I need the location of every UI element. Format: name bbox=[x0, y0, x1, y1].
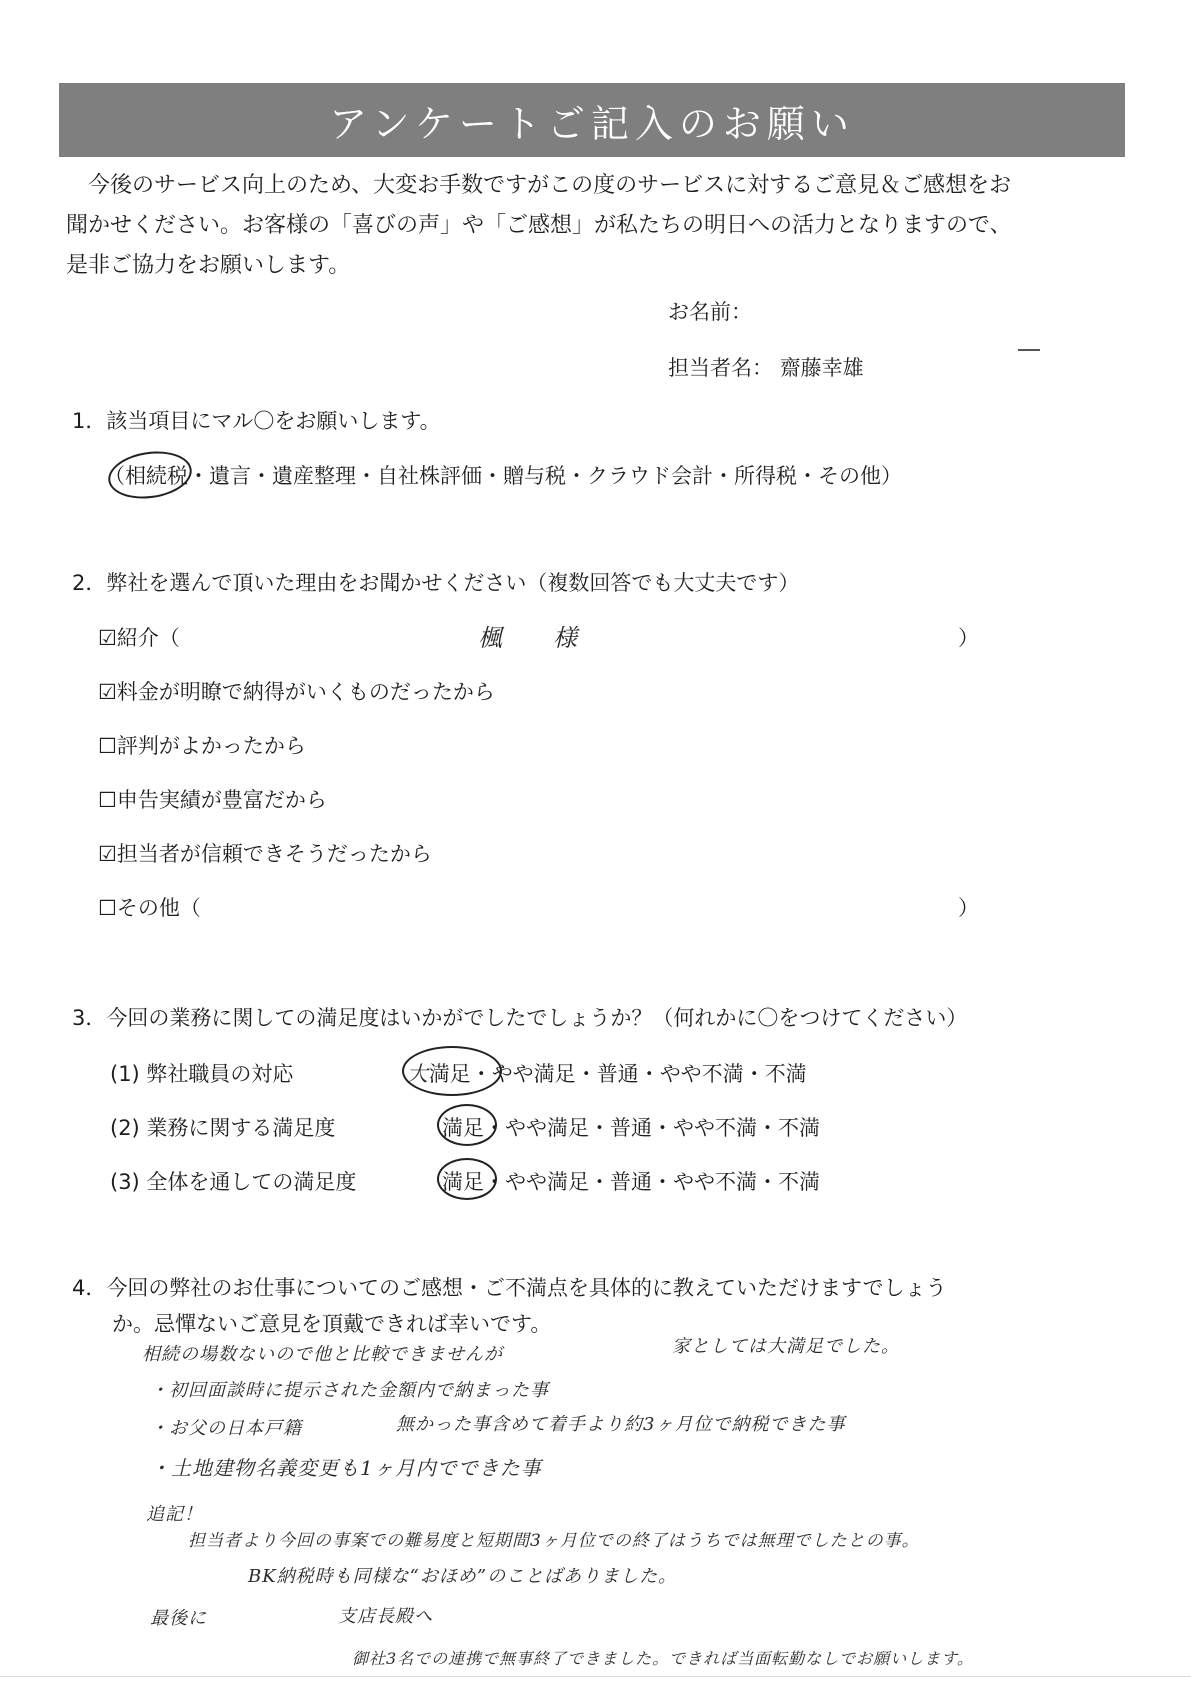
q1-option-will[interactable]: 遺言 bbox=[209, 464, 251, 488]
q2-title: 2．弊社を選んで頂いた理由をお聞かせください（複数回答でも大丈夫です） bbox=[72, 567, 799, 597]
stray-mark bbox=[1018, 349, 1040, 351]
q3-option-somewhat-dissatisfied[interactable]: やや不満 bbox=[673, 1170, 757, 1194]
page-title: アンケートご記入のお願い bbox=[329, 93, 855, 148]
q1-option-income-tax[interactable]: 所得税 bbox=[734, 464, 797, 488]
q3-row2-selection-circle bbox=[437, 1104, 497, 1146]
q3-option-neutral[interactable]: 普通 bbox=[597, 1062, 639, 1086]
checkbox-empty-icon[interactable]: ☐ bbox=[98, 788, 117, 812]
q4-addendum-line-2: BK納税時も同様な“おほめ”のことばありました。 bbox=[248, 1562, 677, 1588]
q1-selection-circle bbox=[105, 446, 195, 503]
q2-referral-handwritten: 楓 様 bbox=[478, 618, 578, 653]
name-field[interactable]: お名前： bbox=[668, 296, 752, 326]
q4-title-line-2: か。忌憚ないご意見を頂戴できれば幸いです。 bbox=[112, 1308, 551, 1338]
header-bar: アンケートご記入のお願い bbox=[59, 83, 1125, 157]
q3-option-somewhat-dissatisfied[interactable]: やや不満 bbox=[673, 1116, 757, 1140]
q3-option-somewhat-satisfied[interactable]: やや満足 bbox=[505, 1116, 589, 1140]
page-edge bbox=[0, 1676, 1191, 1677]
q1-title: 1．該当項目にマル〇をお願いします。 bbox=[72, 405, 441, 435]
intro-line-1: 今後のサービス向上のため、大変お手数ですがこの度のサービスに対するご意見＆ご感想… bbox=[66, 166, 1012, 206]
q2-referral-close-paren: ） bbox=[958, 622, 979, 652]
q4-comment-line-4: ・土地建物名義変更も1ヶ月内でできた事 bbox=[150, 1452, 542, 1481]
checkbox-empty-icon[interactable]: ☐ bbox=[98, 734, 117, 758]
q4-title-line-1: 4．今回の弊社のお仕事についてのご感想・ご不満点を具体的に教えていただけますでし… bbox=[72, 1272, 947, 1302]
q3-option-somewhat-satisfied[interactable]: やや満足 bbox=[505, 1170, 589, 1194]
q4-comment-line-2: ・初回面談時に提示された金額内で納まった事 bbox=[150, 1376, 549, 1402]
intro-line-2: 聞かせください。お客様の「喜びの声」や「ご感想」が私たちの明日への活力となります… bbox=[66, 206, 1012, 246]
q4-comment-line-3-left: ・お父の日本戸籍 bbox=[150, 1414, 302, 1440]
q3-option-dissatisfied[interactable]: 不満 bbox=[778, 1116, 820, 1140]
q4-comment-line-1: 相続の場数ないので他と比較できませんが bbox=[142, 1340, 503, 1366]
q3-title: 3．今回の業務に関しての満足度はいかがでしたでしょうか？（何れかに〇をつけてくだ… bbox=[72, 1002, 967, 1032]
q4-addendum-line-1: 担当者より今回の事案での難易度と短期間3ヶ月位での終了はうちでは無理でしたとの事… bbox=[188, 1526, 920, 1551]
q2-item-reputation[interactable]: ☐評判がよかったから bbox=[98, 730, 306, 760]
q2-item-track-record[interactable]: ☐申告実績が豊富だから bbox=[98, 784, 327, 814]
q3-option-somewhat-dissatisfied[interactable]: やや不満 bbox=[660, 1062, 744, 1086]
staff-label: 担当者名： bbox=[668, 356, 773, 380]
q3-row-label: (3) 全体を通しての満足度 bbox=[110, 1166, 442, 1196]
name-label: お名前： bbox=[668, 300, 752, 324]
q4-closing-label: 最後に bbox=[150, 1604, 207, 1630]
q1-option-cloud-accounting[interactable]: クラウド会計 bbox=[587, 464, 713, 488]
q4-comment-line-3-right: 無かった事含めて着手より約3ヶ月位で納税できた事 bbox=[396, 1410, 845, 1436]
q1-option-gift-tax[interactable]: 贈与税 bbox=[503, 464, 566, 488]
checkbox-checked-icon[interactable]: ☑ bbox=[98, 626, 117, 650]
q3-row-label: (2) 業務に関する満足度 bbox=[110, 1112, 442, 1142]
q3-row1-selection-circle bbox=[402, 1046, 502, 1096]
q2-item-other[interactable]: ☐その他（ bbox=[98, 892, 201, 922]
q4-closing-text: 御社3名での連携で無事終了できました。できれば当面転勤なしでお願いします。 bbox=[352, 1646, 974, 1669]
q1-options: （相続税・遺言・遺産整理・自社株評価・贈与税・クラウド会計・所得税・その他） bbox=[104, 460, 902, 490]
q3-row-label: (1) 弊社職員の対応 bbox=[110, 1058, 400, 1088]
q3-option-somewhat-satisfied[interactable]: やや満足 bbox=[492, 1062, 576, 1086]
q3-option-neutral[interactable]: 普通 bbox=[610, 1116, 652, 1140]
checkbox-checked-icon[interactable]: ☑ bbox=[98, 680, 117, 704]
q1-option-other[interactable]: その他 bbox=[818, 464, 881, 488]
q1-option-stock-valuation[interactable]: 自社株評価 bbox=[377, 464, 482, 488]
q4-addendum-label: 追記！ bbox=[146, 1500, 203, 1526]
q3-option-neutral[interactable]: 普通 bbox=[610, 1170, 652, 1194]
intro-text: 今後のサービス向上のため、大変お手数ですがこの度のサービスに対するご意見＆ご感想… bbox=[66, 166, 1012, 286]
q2-item-referral[interactable]: ☑紹介（ bbox=[98, 622, 180, 652]
staff-field: 担当者名： 齋藤幸雄 bbox=[668, 352, 864, 382]
staff-value: 齋藤幸雄 bbox=[780, 356, 864, 380]
q3-option-dissatisfied[interactable]: 不満 bbox=[765, 1062, 807, 1086]
intro-line-3: 是非ご協力をお願いします。 bbox=[66, 246, 1012, 286]
q2-item-trustworthy-staff[interactable]: ☑担当者が信頼できそうだったから bbox=[98, 838, 432, 868]
q1-option-estate[interactable]: 遺産整理 bbox=[272, 464, 356, 488]
q3-option-dissatisfied[interactable]: 不満 bbox=[778, 1170, 820, 1194]
q2-other-close-paren: ） bbox=[958, 892, 979, 922]
q4-comment-line-1-right: 家としては大満足でした。 bbox=[672, 1332, 900, 1358]
checkbox-empty-icon[interactable]: ☐ bbox=[98, 896, 117, 920]
q2-item-clear-pricing[interactable]: ☑料金が明瞭で納得がいくものだったから bbox=[98, 676, 495, 706]
q3-row3-selection-circle bbox=[437, 1158, 497, 1200]
checkbox-checked-icon[interactable]: ☑ bbox=[98, 842, 117, 866]
q4-closing-to: 支店長殿へ bbox=[338, 1602, 433, 1628]
